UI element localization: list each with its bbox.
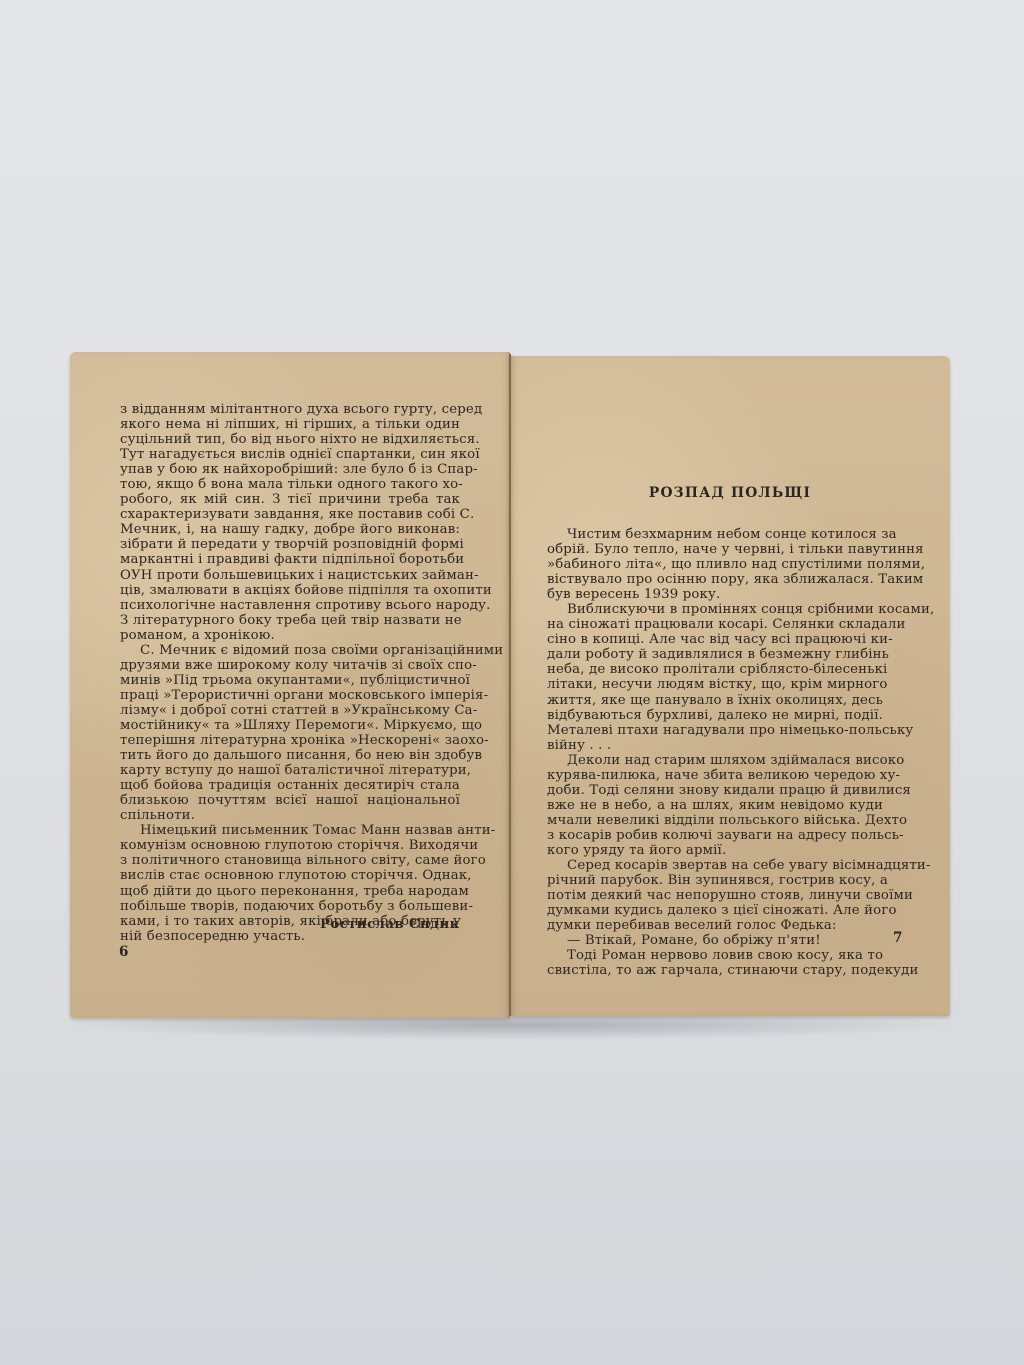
text-line: доби. Тоді селяни знову кидали працю й д… [547, 783, 883, 798]
right-page-body: Чистим безхмарним небом сонце котилося з… [547, 527, 883, 978]
text-line: Деколи над старим шляхом здіймалася висо… [547, 753, 883, 768]
text-line: був вересень 1939 року. [547, 587, 883, 602]
paragraph: з відданням мілітантного духа всього гур… [120, 402, 460, 643]
text-line: Тоді Роман нервово ловив свою косу, яка … [547, 948, 883, 963]
text-line: Металеві птахи нагадували про німецько-п… [547, 723, 883, 738]
paragraph: Чистим безхмарним небом сонце котилося з… [547, 527, 883, 602]
text-line: маркантні і правдиві факти підпільної бо… [120, 552, 460, 567]
text-line: кого уряду та його армії. [547, 843, 883, 858]
book-spine-gutter [509, 354, 511, 1016]
text-line: думки перебивав веселий голос Федька: [547, 918, 883, 933]
paragraph: Тоді Роман нервово ловив свою косу, яка … [547, 948, 883, 978]
text-line: близькою почуттям всієї нашої національн… [120, 793, 460, 808]
text-line: тить його до дальшого писання, бо нею ві… [120, 748, 460, 763]
text-line: тою, якщо б вона мала тільки одного тако… [120, 477, 460, 492]
text-line: літаки, несучи людям вістку, що, крім ми… [547, 677, 883, 692]
text-line: суцільний тип, бо від нього ніхто не від… [120, 432, 460, 447]
left-page-body: з відданням мілітантного духа всього гур… [120, 402, 460, 944]
text-line: ОУН проти большевицьких і нацистських за… [120, 568, 460, 583]
text-line: минів »Під трьома окупантами«, публіцист… [120, 673, 460, 688]
text-line: схарактеризувати завдання, яке поставив … [120, 507, 460, 522]
paragraph: Деколи над старим шляхом здіймалася висо… [547, 753, 883, 858]
text-line: упав у бою як найхоробріший: зле було б … [120, 462, 460, 477]
text-line: мостійнику« та »Шляху Перемоги«. Міркуєм… [120, 718, 460, 733]
text-line: праці »Терористичні органи московського … [120, 688, 460, 703]
text-line: дали роботу й задивлялися в безмежну гли… [547, 647, 883, 662]
text-line: Тут нагадується вислів однієї спартанки,… [120, 447, 460, 462]
text-line: Виблискуючи в проміннях сонця срібними к… [547, 602, 883, 617]
text-line: зібрати й передати у творчій розповідній… [120, 537, 460, 552]
text-line: друзями вже широкому колу читачів зі сво… [120, 658, 460, 673]
text-line: курява-пилюка, наче збита великою чередо… [547, 768, 883, 783]
paragraph: Виблискуючи в проміннях сонця срібними к… [547, 602, 883, 752]
text-line: — Втікай, Романе, бо обріжу п'яти! [547, 933, 883, 948]
text-line: карту вступу до нашої баталістичної літе… [120, 763, 460, 778]
text-line: думками кудись далеко з цієї сіножаті. А… [547, 903, 883, 918]
text-line: потім деякий час непорушно стояв, линучи… [547, 888, 883, 903]
left-page: з відданням мілітантного духа всього гур… [70, 352, 510, 1018]
text-line: лізму« і доброї сотні статтей в »Українс… [120, 703, 460, 718]
text-line: Мечник, і, на нашу гадку, добре його вик… [120, 522, 460, 537]
text-line: обрій. Було тепло, наче у червні, і тіль… [547, 542, 883, 557]
text-line: відбуваються бурхливі, далеко не мирні, … [547, 708, 883, 723]
text-line: мчали невеликі відділи польського військ… [547, 813, 883, 828]
chapter-title: РОЗПАД ПОЛЬЩІ [510, 485, 950, 501]
text-line: з відданням мілітантного духа всього гур… [120, 402, 460, 417]
text-line: щоб дійти до цього переконання, треба на… [120, 884, 460, 899]
text-line: якого нема ні ліпших, ні гірших, а тільк… [120, 417, 460, 432]
text-line: робого, як мій син. З тієї причини треба… [120, 492, 460, 507]
text-line: ців, змалювати в акціях бойове підпілля … [120, 583, 460, 598]
text-line: неба, де високо пролітали сріблясто-біле… [547, 662, 883, 677]
text-line: комунізм основною глупотою сторіччя. Вих… [120, 838, 460, 853]
text-line: війну . . . [547, 738, 883, 753]
page-number-left: 6 [119, 944, 128, 960]
text-line: С. Мечник є відомий поза своїми організа… [120, 643, 460, 658]
text-line: теперішня літературна хроніка »Нескорені… [120, 733, 460, 748]
text-line: »бабиного літа«, що пливло над спустілим… [547, 557, 883, 572]
text-line: з косарів робив колючі зауваги на адресу… [547, 828, 883, 843]
text-line: побільше творів, подаючих боротьбу з бол… [120, 899, 460, 914]
text-line: життя, яке ще панувало в їхніх околицях,… [547, 693, 883, 708]
right-page: РОЗПАД ПОЛЬЩІ Чистим безхмарним небом со… [510, 356, 950, 1016]
text-line: психологічне наставлення спротиву всього… [120, 598, 460, 613]
signature: Ростислав Єндик [320, 917, 460, 932]
text-line: з політичного становища вільного світу, … [120, 853, 460, 868]
paragraph: С. Мечник є відомий поза своїми організа… [120, 643, 460, 824]
text-line: на сіножаті працювали косарі. Селянки ск… [547, 617, 883, 632]
text-line: Чистим безхмарним небом сонце котилося з… [547, 527, 883, 542]
text-line: Серед косарів звертав на себе увагу вісі… [547, 858, 883, 873]
text-line: щоб бойова традиція останніх десятиріч с… [120, 778, 460, 793]
page-number-right: 7 [893, 930, 902, 946]
text-line: річний парубок. Він зупинявся, гострив к… [547, 873, 883, 888]
text-line: спільноти. [120, 808, 460, 823]
text-line: свистіла, то аж гарчала, стинаючи стару,… [547, 963, 883, 978]
paragraph: — Втікай, Романе, бо обріжу п'яти! [547, 933, 883, 948]
text-line: сіно в копиці. Але час від часу всі прац… [547, 632, 883, 647]
text-line: вже не в небо, а на шлях, яким невідомо … [547, 798, 883, 813]
paragraph: Серед косарів звертав на себе увагу вісі… [547, 858, 883, 933]
text-line: віствувало про осінню пору, яка зближала… [547, 572, 883, 587]
text-line: романом, а хронікою. [120, 628, 460, 643]
text-line: Німецький письменник Томас Манн назвав а… [120, 823, 460, 838]
open-book: з відданням мілітантного духа всього гур… [70, 350, 950, 1020]
text-line: З літературного боку треба цей твір назв… [120, 613, 460, 628]
text-line: вислів стає основною глупотою сторіччя. … [120, 868, 460, 883]
